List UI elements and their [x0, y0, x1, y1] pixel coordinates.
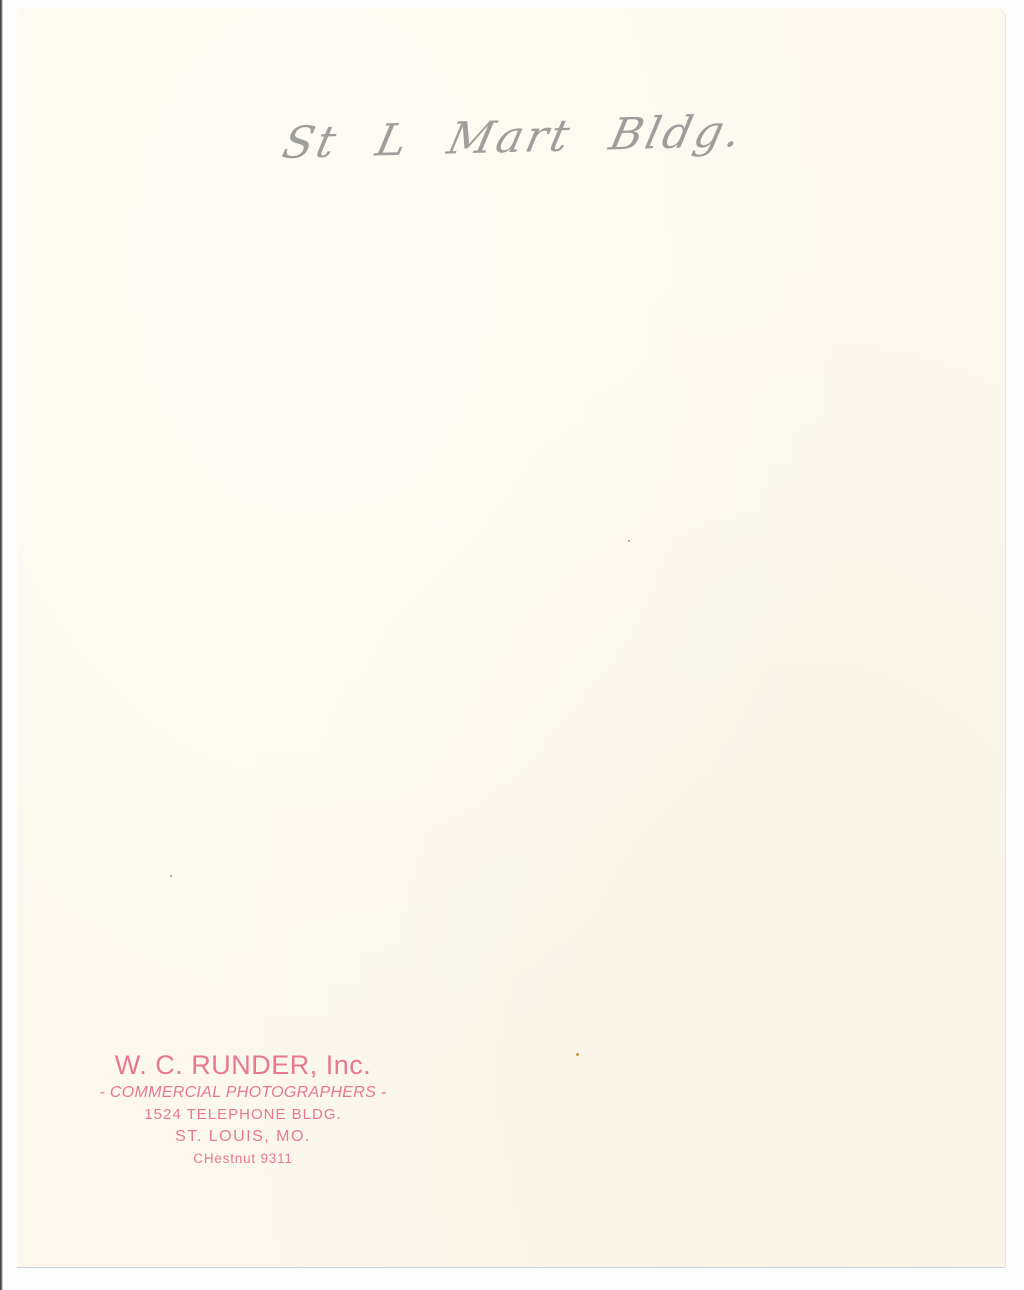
stamp-phone: CHestnut 9311 — [83, 1148, 403, 1170]
stamp-city: ST. LOUIS, MO. — [83, 1126, 403, 1148]
paper-speck — [628, 540, 630, 542]
paper-speck — [576, 1053, 579, 1056]
scanner-edge — [0, 0, 3, 1290]
photographer-stamp: W. C. RUNDER, Inc. - COMMERCIAL PHOTOGRA… — [83, 1048, 403, 1170]
stamp-address: 1524 TELEPHONE BLDG. — [83, 1104, 403, 1126]
stamp-company-name: W. C. RUNDER, Inc. — [83, 1048, 403, 1082]
stamp-tagline: - COMMERCIAL PHOTOGRAPHERS - — [83, 1082, 403, 1104]
paper-speck — [170, 875, 172, 877]
handwritten-caption: St L Mart Bldg. — [278, 106, 749, 169]
photo-back-paper: St L Mart Bldg. W. C. RUNDER, Inc. - COM… — [17, 8, 1005, 1267]
